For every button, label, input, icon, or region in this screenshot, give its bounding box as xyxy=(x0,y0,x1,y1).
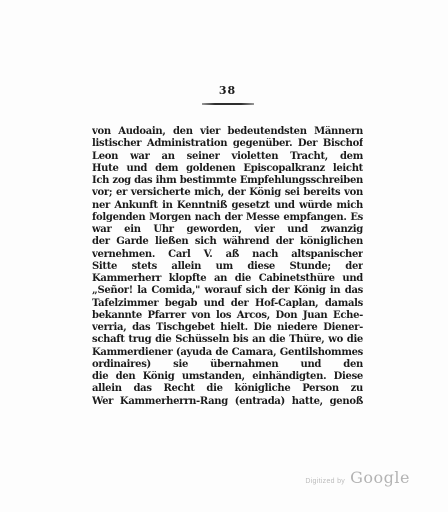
google-logo: Google xyxy=(350,468,410,487)
text-line: die den König umstanden, einhändigten. D… xyxy=(92,371,363,383)
text-line: ordinaires) sie übernahmen und den Kamme… xyxy=(92,359,363,371)
text-line: der Garde ließen sich während der königl… xyxy=(92,236,363,248)
google-watermark: Digitized by Google xyxy=(305,468,410,487)
text-line: vernehmen. Carl V. aß nach altspanischer… xyxy=(92,249,363,261)
header-rule xyxy=(202,103,254,105)
text-line: „Señor! la Comida," worauf sich der Köni… xyxy=(92,285,363,297)
text-line: folgenden Morgen nach der Messe empfange… xyxy=(92,212,363,224)
text-line: Tafelzimmer begab und der Hof-Caplan, da… xyxy=(92,298,363,310)
text-line: ner Ankunft in Kenntniß gesetzt und würd… xyxy=(92,200,363,212)
digitized-by-label: Digitized by xyxy=(305,478,345,485)
text-line: Kammerherr klopfte an die Cabinetsthüre … xyxy=(92,273,363,285)
page-header: 38 xyxy=(92,84,363,105)
text-line: schaft trug die Schüsseln bis an die Thü… xyxy=(92,334,363,346)
text-line: listischer Administration gegenüber. Der… xyxy=(92,138,363,150)
text-line: Sitte stets allein um diese Stunde; der … xyxy=(92,261,363,273)
text-line: Ich zog das ihm bestimmte Empfehlungssch… xyxy=(92,175,363,187)
text-line: allein das Recht die königliche Person z… xyxy=(92,383,363,395)
text-line: Leon war an seiner violetten Tracht, dem… xyxy=(92,151,363,163)
scanned-book-page: 38 von Audoain, den vier bedeutendsten M… xyxy=(0,0,448,512)
text-line: Hute und dem goldenen Episcopalkranz lei… xyxy=(92,163,363,175)
text-line: Wer Kammerherrn-Rang (entrada) hatte, ge… xyxy=(92,396,363,408)
text-line: von Audoain, den vier bedeutendsten Männ… xyxy=(92,126,363,138)
text-line: verria, das Tischgebet hielt. Die nieder… xyxy=(92,322,363,334)
body-text: von Audoain, den vier bedeutendsten Männ… xyxy=(92,126,363,408)
text-line: war ein Uhr geworden, vier und zwanzig H… xyxy=(92,224,363,236)
text-line: vor; er versicherte mich, der König sei … xyxy=(92,187,363,199)
text-line: Kammerdiener (ayuda de Camara, Gentilsho… xyxy=(92,347,363,359)
text-line: bekannte Pfarrer von los Arcos, Don Juan… xyxy=(92,310,363,322)
page-number: 38 xyxy=(92,84,363,97)
